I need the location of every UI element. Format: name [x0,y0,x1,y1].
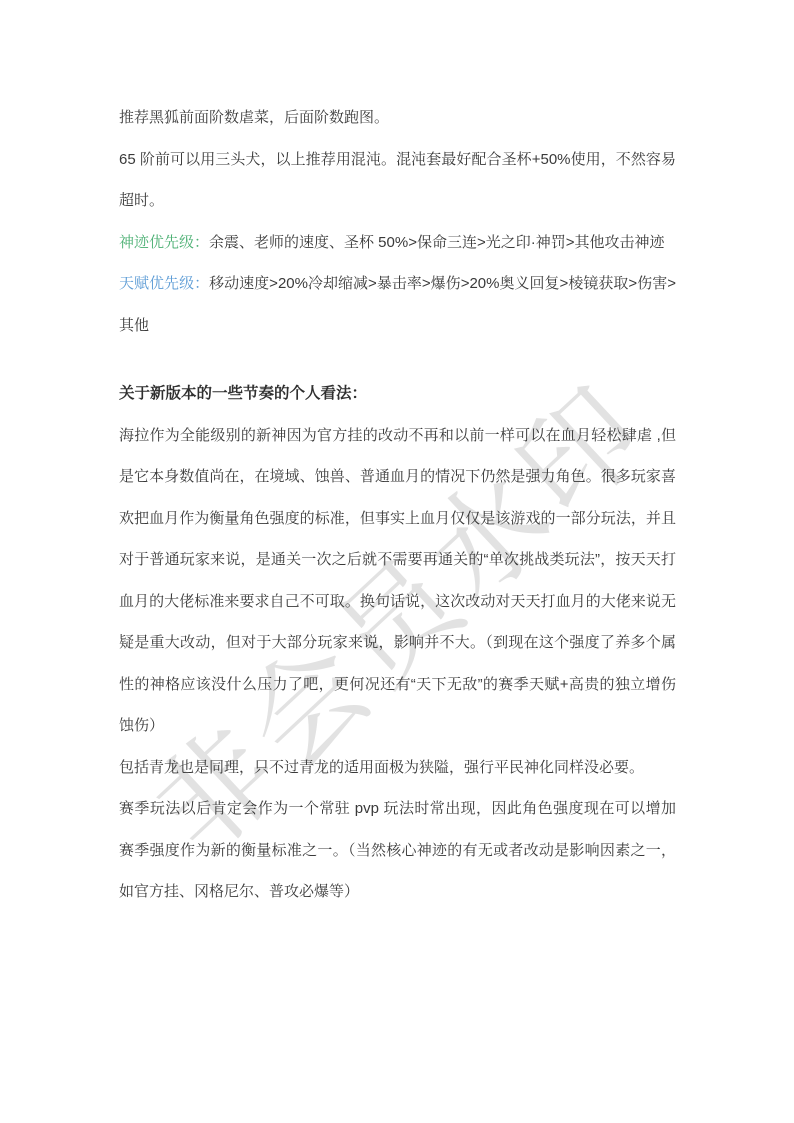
paragraph-season-pvp: 赛季玩法以后肯定会作为一个常驻 pvp 玩法时常出现，因此角色强度现在可以增加赛… [119,788,676,913]
miracle-priority-text: 余震、老师的速度、圣杯 50%>保命三连>光之印·神罚>其他攻击神迹 [209,234,664,251]
miracle-priority-label: 神迹优先级： [119,234,209,251]
paragraph-qinglong: 包括青龙也是同理，只不过青龙的适用面极为狭隘，强行平民神化同样没必要。 [119,747,676,789]
paragraph-miracle-priority: 神迹优先级：余震、老师的速度、圣杯 50%>保命三连>光之印·神罚>其他攻击神迹 [119,222,676,264]
paragraph-recommend-blackfox: 推荐黑狐前面阶数虐菜，后面阶数跑图。 [119,97,676,139]
paragraph-stage-advice: 65 阶前可以用三头犬，以上推荐用混沌。混沌套最好配合圣杯+50%使用，不然容易… [119,139,676,222]
talent-priority-label: 天赋优先级： [119,275,209,292]
paragraph-hela-analysis: 海拉作为全能级别的新神因为官方挂的改动不再和以前一样可以在血月轻松肆虐 ,但是它… [119,415,676,747]
paragraph-talent-priority: 天赋优先级：移动速度>20%冷却缩减>暴击率>爆伤>20%奥义回复>棱镜获取>伤… [119,263,676,346]
heading-version-opinion: 关于新版本的一些节奏的个人看法： [119,373,676,415]
document-page: 推荐黑狐前面阶数虐菜，后面阶数跑图。 65 阶前可以用三头犬，以上推荐用混沌。混… [119,97,676,913]
